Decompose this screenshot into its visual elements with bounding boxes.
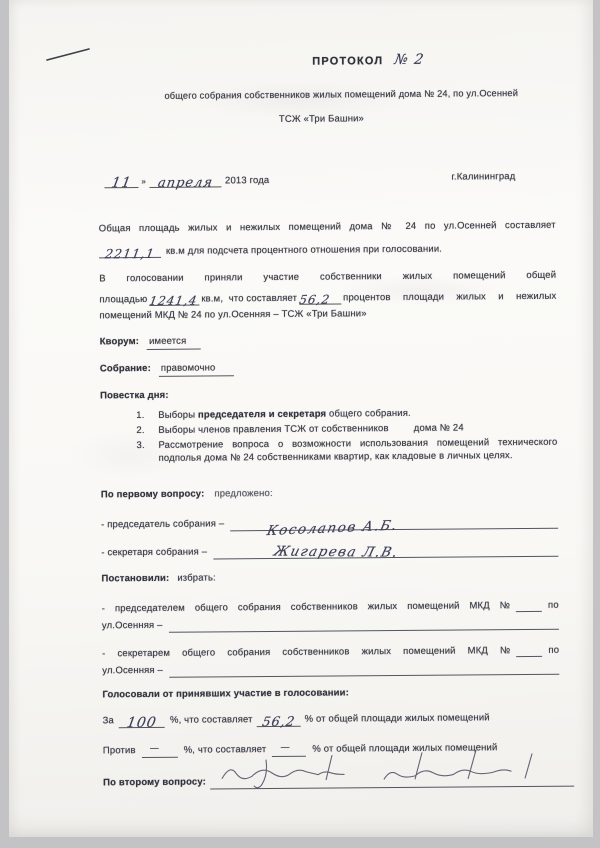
question1-heading-rest: предложено: [214,487,272,500]
elect-secretary-line2-text: ул.Осенняя – [102,664,163,678]
elect-chairman-line2-text: ул.Осенняя – [102,619,163,633]
voting-line2: площадью 1241,4 кв.м, что составляет 56,… [99,285,556,307]
document-content: ПРОТОКОЛ № 2 общего собрания собственник… [97,0,561,839]
quorum-value: имеется [147,335,200,350]
agenda-item-2: 2. Выборы членов правления ТСЖ от собств… [100,421,557,438]
date-month-handwritten: апреля [148,176,222,190]
vote-for-unit: %, что составляет [170,713,253,728]
elect-secretary-line2: ул.Осенняя – [102,659,559,679]
elect-chairman-line1: - председателем общего собрания собствен… [102,597,559,616]
voting-percent-blank: 56,2 [299,287,341,304]
total-area-line2-text: кв.м для подсчета процентного отношения … [166,243,442,258]
question1-heading: По первому вопросу: предложено: [101,485,558,502]
quorum-label: Кворум: [100,335,140,348]
agenda-item-1-text: Выборы председателя и секретаря общего с… [158,407,411,422]
agenda-item-3-number: 3. [136,439,158,465]
date-day-blank: 11 [104,169,138,188]
voting-area-handwritten: 1241,4 [148,295,200,308]
voting-percent-handwritten: 56,2 [298,293,342,306]
elect-secretary-name-blank [169,660,559,678]
agenda-item-1-pre: Выборы [158,410,198,421]
total-area-handwritten: 2211,1 [98,247,162,261]
agenda-item-2-number: 2. [136,424,158,437]
chairman-label: - председатель собрания – [101,517,224,532]
total-area-line2: 2211,1 кв.м для подсчета процентного отн… [99,237,556,259]
date-city-row: 11 » апреля 2013 года г.Калининград [98,159,555,189]
protocol-number-handwritten: № 2 [393,54,425,67]
vote-against-dash: — [150,742,160,755]
resolution-bold: Постановили: [101,572,169,586]
vote-for-label: За [103,714,114,728]
vote-for-tail: % от общей площади жилых помещений [305,711,490,726]
date-block: 11 » апреля 2013 года [104,168,269,188]
agenda-item-3-text: Рассмотрение вопроса о возможности испол… [158,436,557,465]
secretary-name-blank: Жигарева Л.В. [213,534,558,560]
scanned-document-page: ПРОТОКОЛ № 2 общего собрания собственник… [9,0,593,837]
agenda-item-3: 3. Рассмотрение вопроса о возможности ис… [100,436,557,466]
question1-heading-bold: По первому вопросу: [101,488,205,502]
organization-line: ТСЖ «Три Башни» [88,111,555,128]
voting-line2-end: процентов площади жилых и нежилых [343,290,556,305]
secretary-row: - секретаря собрания – Жигарева Л.В. [101,533,558,561]
date-day-handwritten: 11 [103,177,139,190]
agenda-item-1-number: 1. [136,409,158,422]
meeting-status-value: правомочно [159,361,234,377]
voting-area-blank: 1241,4 [149,289,199,306]
vote-for-percent-handwritten: 56,2 [256,716,302,729]
secretary-label: - секретаря собрания – [101,546,207,561]
date-year: 2013 года [225,174,269,187]
resolution-heading: Постановили: избрать: [101,569,558,586]
agenda-item-2-text: Выборы членов правления ТСЖ от собственн… [158,421,463,436]
title-text: ПРОТОКОЛ [312,55,383,68]
meeting-status-label: Собрание: [100,362,151,375]
total-area-blank: 2211,1 [99,241,161,258]
elect-secretary-number-blank [516,644,542,657]
question2-blank [210,764,574,790]
vote-against-label: Против [103,744,136,758]
date-separator: » [141,175,146,188]
elect-secretary-line1: - секретарем общего собрания собственник… [102,642,559,661]
city-label: г.Калининград [451,170,515,184]
question2-heading: По второму вопросу: [103,776,206,791]
agenda-item-1-post: общего собрания. [326,408,411,420]
elect-secretary-line1-text: - секретарем общего собрания собственник… [102,644,510,660]
resolution-rest: избрать: [177,571,216,584]
vote-for-blank: 100 [119,709,165,728]
votes-heading: Голосовали от принявших участие в голосо… [102,685,559,702]
total-area-line1: Общая площадь жилых и нежилых помещений … [99,219,556,236]
elect-chairman-line2: ул.Осенняя – [102,614,559,634]
agenda-item-1: 1. Выборы председателя и секретаря общег… [100,406,557,423]
quorum-row: Кворум: имеется [100,332,557,351]
elect-chairman-line1-text: - председателем общего собрания собствен… [102,599,510,615]
voting-line3: помещений МКД № 24 по ул.Осенняя – ТСЖ «… [99,306,556,323]
chairman-name-blank: Косолапов А.Б. [230,506,558,532]
vote-for-row: За 100 %, что составляет 56,2 % от общей… [103,703,560,729]
elect-chairman-number-blank [516,599,542,612]
chairman-row: - председатель собрания – Косолапов А.Б. [101,505,558,533]
voting-line1: В голосовании приняли участие собственни… [99,269,556,286]
elect-chairman-line1-end: по [548,599,559,612]
illegible-handwriting-scrawl [214,745,594,792]
agenda-item-1-bold: председателя и секретаря [198,409,326,421]
pen-mark [45,44,93,64]
elect-chairman-name-blank [169,615,559,633]
vote-for-percent-blank: 56,2 [257,708,301,727]
date-month-blank: апреля [149,168,221,188]
voting-line2-start: площадью [99,293,147,306]
vote-against-blank: — [142,741,178,758]
meeting-status-row: Собрание: правомочно [100,359,557,378]
document-title: ПРОТОКОЛ № 2 [181,53,554,70]
question2-row: По второму вопросу: [103,763,560,791]
agenda-item-3-line2: подполья дома № 24 собственниками кварти… [159,449,558,465]
document-subtitle: общего собрания собственников жилых поме… [128,87,555,103]
voting-line2-mid: кв.м, что составляет [201,292,297,306]
vote-for-handwritten: 100 [118,717,166,730]
agenda-heading: Повестка дня: [100,386,557,403]
elect-secretary-line1-end: по [548,644,559,657]
secretary-name-handwritten: Жигарева Л.В. [212,545,600,562]
